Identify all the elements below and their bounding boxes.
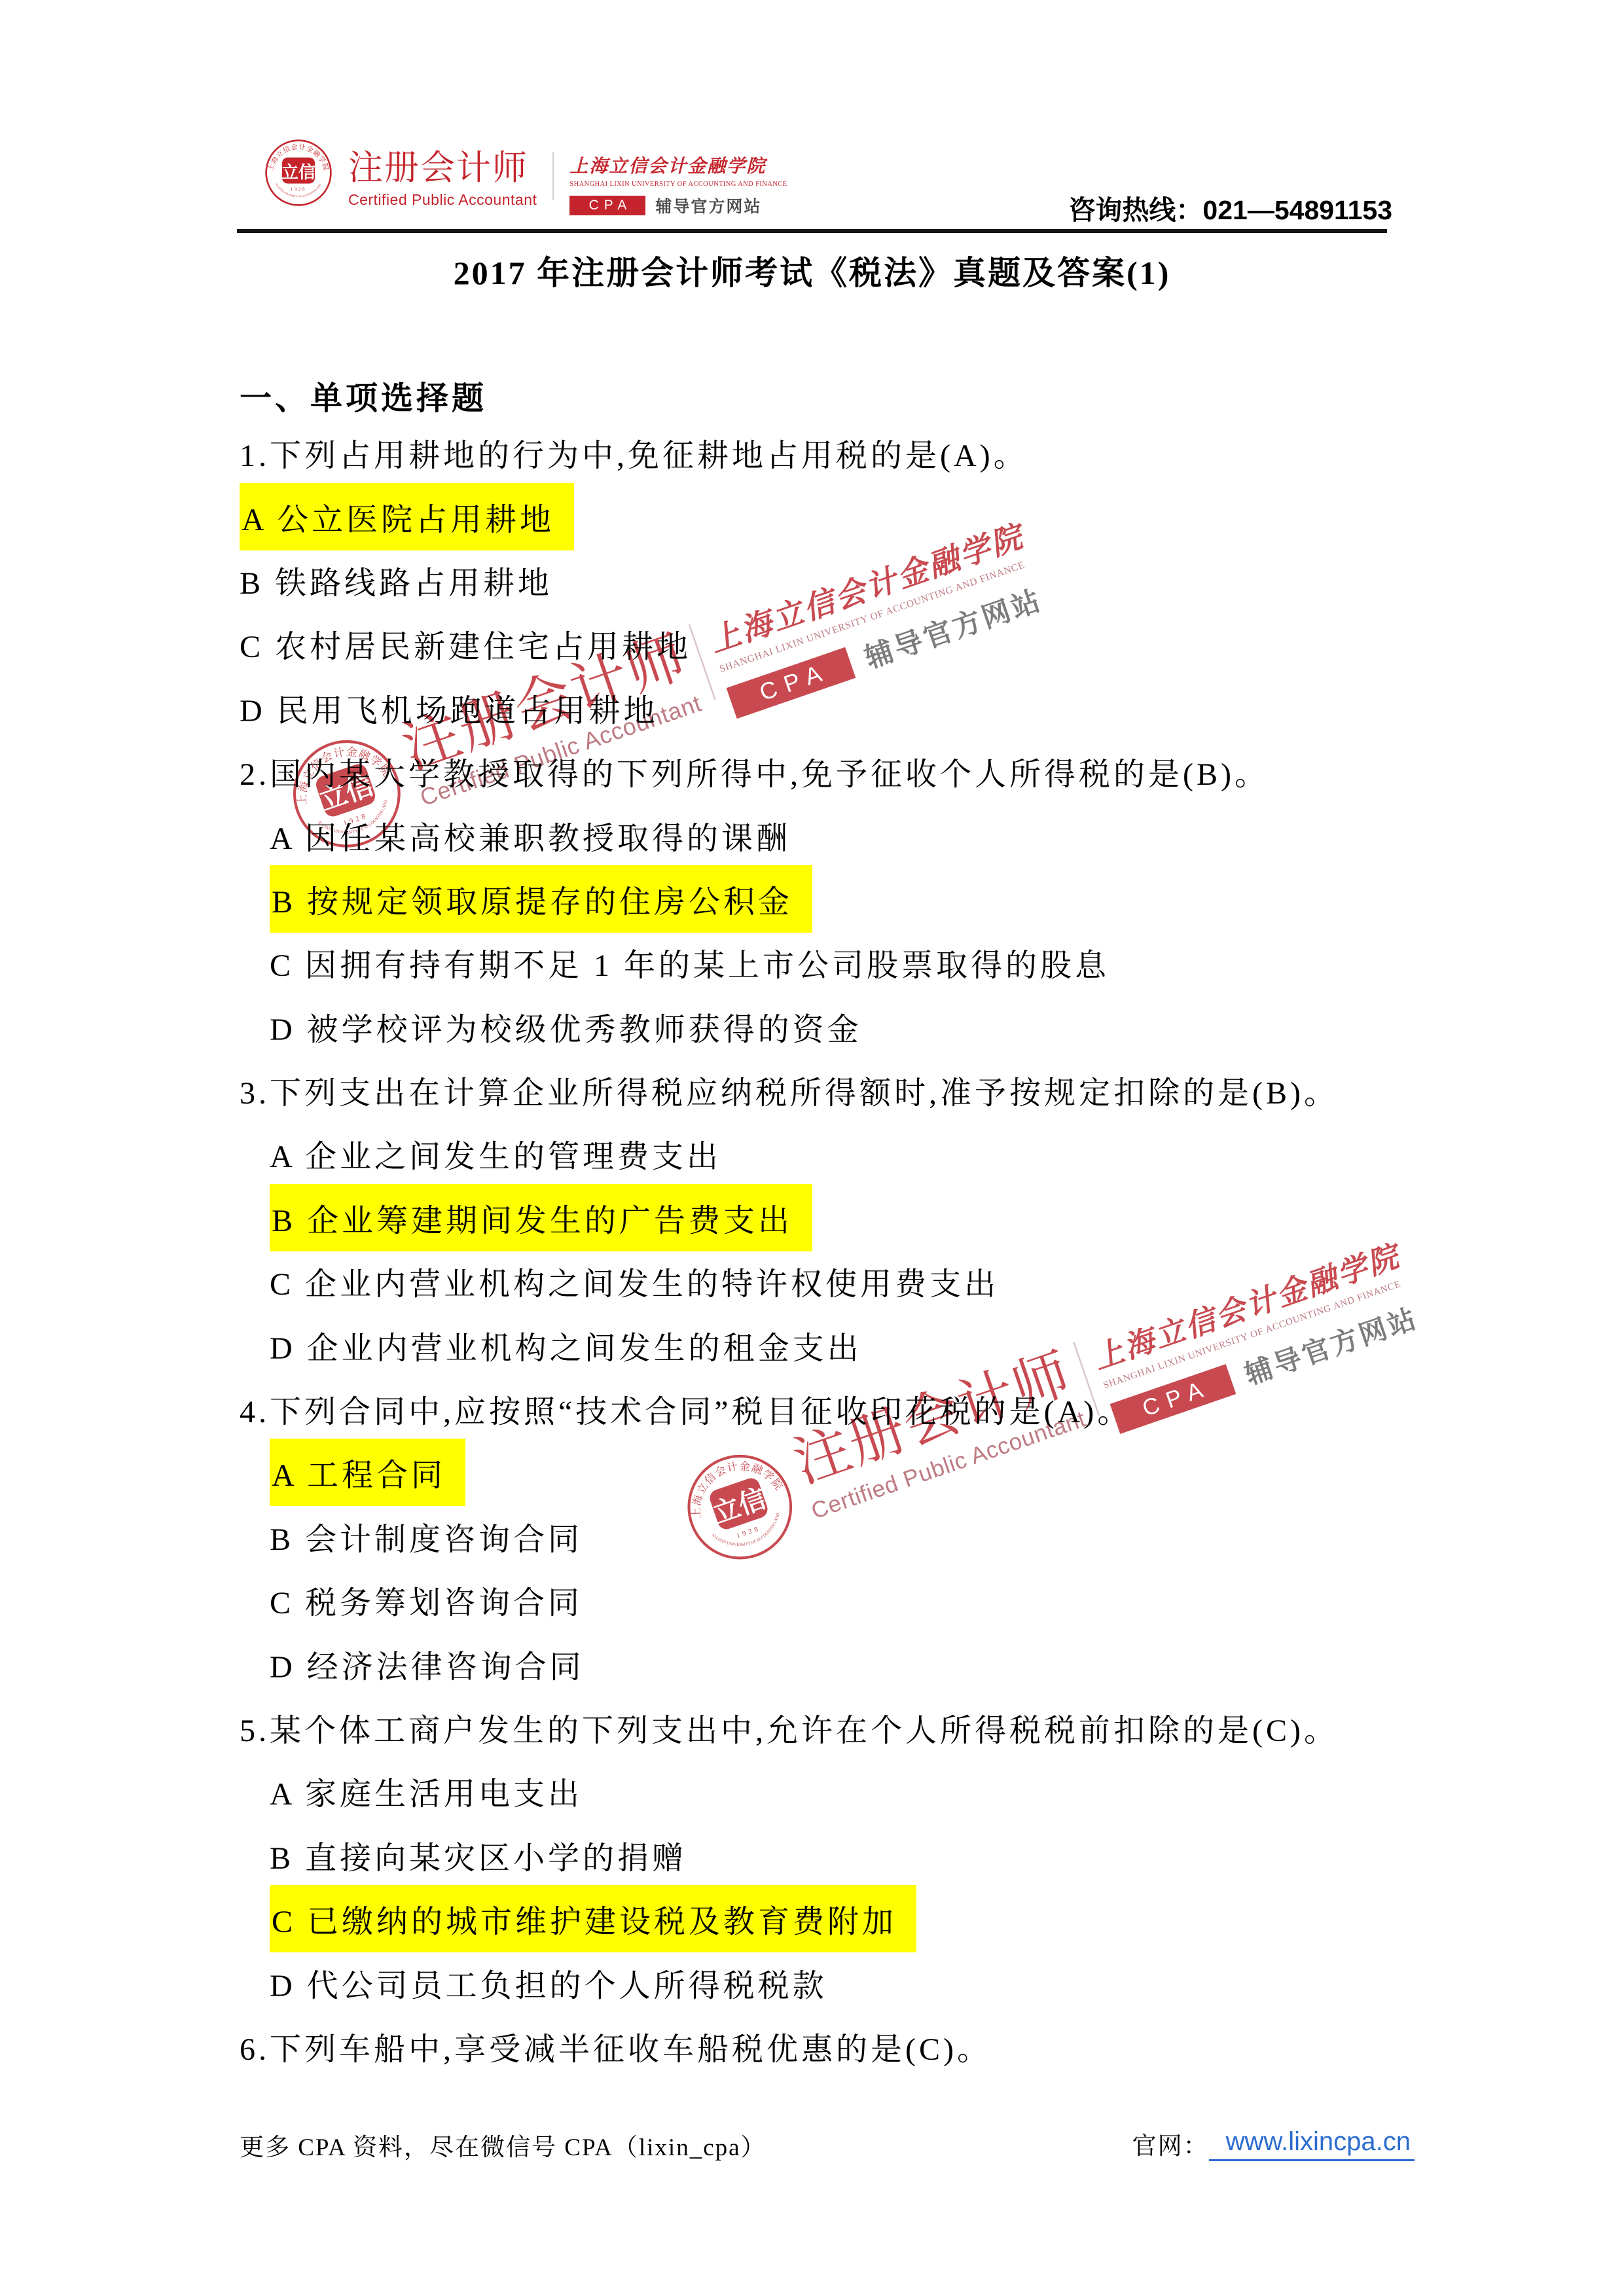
q1-option-a: A 公立医院占用耕地 bbox=[240, 484, 1398, 548]
document-page: 上海立信会计金融学院 SHANGHAI LIXIN UNIVERSITY OF … bbox=[0, 0, 1624, 2296]
q5-option-a: A 家庭生活用电支出 bbox=[240, 1759, 1398, 1823]
university-block: 上海立信会计金融学院 SHANGHAI LIXIN UNIVERSITY OF … bbox=[569, 139, 787, 217]
page-title: 2017 年注册会计师考试《税法》真题及答案(1) bbox=[238, 247, 1386, 294]
hotline: 咨询热线：021—54891153 bbox=[1068, 188, 1392, 227]
q6-stem: 6.下列车船中,享受减半征收车船税优惠的是(C)。 bbox=[240, 2015, 1398, 2078]
highlighted-answer: A 公立医院占用耕地 bbox=[240, 483, 574, 550]
highlighted-answer: C 已缴纳的城市维护建设税及教育费附加 bbox=[270, 1885, 916, 1952]
lixin-seal-icon: 上海立信会计金融学院 SHANGHAI LIXIN UNIVERSITY OF … bbox=[264, 139, 333, 207]
q3-stem: 3.下列支出在计算企业所得税应纳税所得额时,准予按规定扣除的是(B)。 bbox=[240, 1058, 1398, 1122]
q4-option-a: A 工程合同 bbox=[240, 1441, 1398, 1504]
q2-option-b: B 按规定领取原提存的住房公积金 bbox=[240, 867, 1398, 931]
seal-year: 1928 bbox=[291, 188, 306, 192]
footer-site-label: 官网： bbox=[1132, 2126, 1209, 2161]
highlighted-answer: B 按规定领取原提存的住房公积金 bbox=[270, 865, 812, 933]
q2-option-c: C 因拥有持有期不足 1 年的某上市公司股票取得的股息 bbox=[240, 931, 1398, 994]
highlighted-answer: B 企业筹建期间发生的广告费支出 bbox=[270, 1184, 812, 1251]
q1-stem: 1.下列占用耕地的行为中,免征耕地占用税的是(A)。 bbox=[240, 421, 1398, 484]
logo-divider bbox=[552, 152, 554, 200]
header-rule bbox=[237, 229, 1387, 233]
site-label: 辅导官方网站 bbox=[655, 194, 761, 217]
university-name-cn: 上海立信会计金融学院 bbox=[569, 152, 787, 178]
brand-name-cn: 注册会计师 bbox=[348, 151, 537, 185]
q5-stem: 5.某个体工商户发生的下列支出中,允许在个人所得税税前扣除的是(C)。 bbox=[240, 1696, 1398, 1759]
seal-center-glyphs: 立信 bbox=[281, 162, 316, 182]
q5-option-c: C 已缴纳的城市维护建设税及教育费附加 bbox=[240, 1887, 1398, 1950]
q3-option-b: B 企业筹建期间发生的广告费支出 bbox=[240, 1186, 1398, 1249]
official-site-link[interactable]: www.lixincpa.cn bbox=[1209, 2127, 1415, 2161]
q3-option-d: D 企业内营业机构之间发生的租金支出 bbox=[240, 1313, 1398, 1376]
q4-stem: 4.下列合同中,应按照“技术合同”税目征收印花税的是(A)。 bbox=[240, 1377, 1398, 1441]
q3-option-a: A 企业之间发生的管理费支出 bbox=[240, 1122, 1398, 1185]
q1-option-c: C 农村居民新建住宅占用耕地 bbox=[240, 612, 1398, 675]
university-name-en: SHANGHAI LIXIN UNIVERSITY OF ACCOUNTING … bbox=[569, 181, 787, 188]
footer-site: 官网： www.lixincpa.cn bbox=[1132, 2126, 1415, 2161]
brand-name-en: Certified Public Accountant bbox=[348, 191, 537, 209]
brand-block: 注册会计师 Certified Public Accountant bbox=[348, 139, 537, 209]
q4-option-c: C 税务筹划咨询合同 bbox=[240, 1568, 1398, 1632]
header-logo: 上海立信会计金融学院 SHANGHAI LIXIN UNIVERSITY OF … bbox=[264, 139, 787, 217]
cpa-badge: CPA bbox=[569, 196, 645, 215]
q1-option-b: B 铁路线路占用耕地 bbox=[240, 548, 1398, 612]
q2-stem: 2.国内某大学教授取得的下列所得中,免予征收个人所得税的是(B)。 bbox=[240, 740, 1398, 803]
q4-option-d: D 经济法律咨询合同 bbox=[240, 1632, 1398, 1695]
q5-option-b: B 直接向某灾区小学的捐赠 bbox=[240, 1823, 1398, 1887]
q3-option-c: C 企业内营业机构之间发生的特许权使用费支出 bbox=[240, 1249, 1398, 1313]
q1-option-d: D 民用飞机场跑道占用耕地 bbox=[240, 676, 1398, 740]
q2-option-a: A 因任某高校兼职教授取得的课酬 bbox=[240, 803, 1398, 867]
question-list: 1.下列占用耕地的行为中,免征耕地占用税的是(A)。 A 公立医院占用耕地 B … bbox=[240, 421, 1398, 2078]
section-heading: 一、单项选择题 bbox=[240, 373, 487, 419]
q2-option-d: D 被学校评为校级优秀教师获得的资金 bbox=[240, 995, 1398, 1058]
q5-option-d: D 代公司员工负担的个人所得税税款 bbox=[240, 1950, 1398, 2014]
footer-wechat-note: 更多 CPA 资料，尽在微信号 CPA（lixin_cpa） bbox=[240, 2127, 767, 2162]
highlighted-answer: A 工程合同 bbox=[270, 1439, 465, 1506]
q4-option-b: B 会计制度咨询合同 bbox=[240, 1505, 1398, 1568]
